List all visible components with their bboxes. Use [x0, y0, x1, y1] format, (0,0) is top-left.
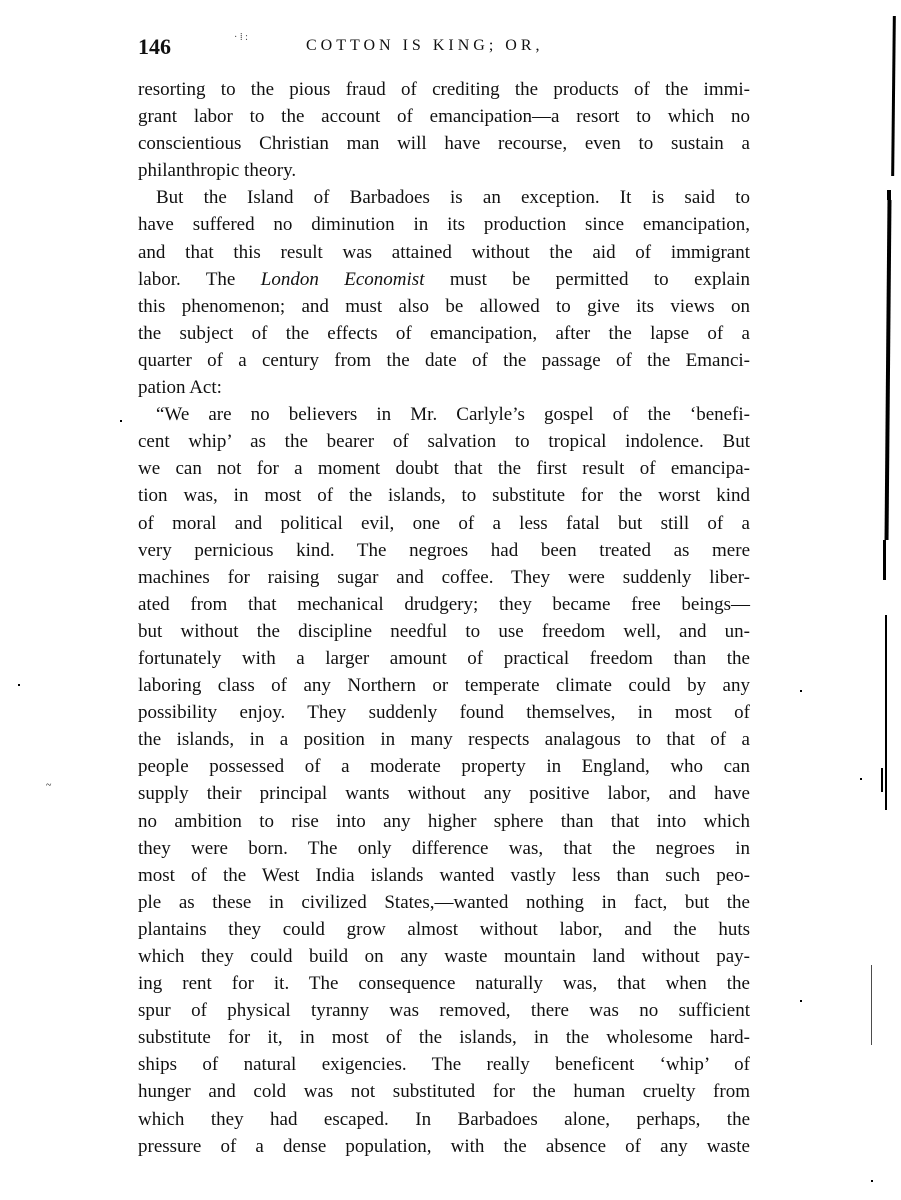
text-line: “We are no believers in Mr. Carlyle’s go… [138, 401, 750, 428]
text-run: must be permitted to explain [424, 269, 750, 290]
text-line: substitute for it, in most of the island… [138, 1024, 750, 1051]
text-line: grant labor to the account of emancipati… [138, 103, 750, 130]
text-line: they were born. The only difference was,… [138, 835, 750, 862]
binding-edge-mark [885, 615, 887, 810]
text-line: quarter of a century from the date of th… [138, 347, 750, 374]
text-line: the islands, in a position in many respe… [138, 726, 750, 753]
paragraph: resorting to the pious fraud of creditin… [138, 76, 750, 184]
print-specks: · ⁞ : [234, 32, 248, 43]
text-line: which they had escaped. In Barbadoes alo… [138, 1106, 750, 1133]
scan-speck [120, 420, 122, 422]
scan-speck: ~ [46, 780, 51, 791]
text-line: ated from that mechanical drudgery; they… [138, 591, 750, 618]
text-line: tion was, in most of the islands, to sub… [138, 482, 750, 509]
running-title: COTTON IS KING; OR, [306, 37, 543, 55]
text-line: the subject of the effects of emancipati… [138, 320, 750, 347]
text-line: laboring class of any Northern or temper… [138, 672, 750, 699]
text-line: spur of physical tyranny was removed, th… [138, 997, 750, 1024]
text-line: no ambition to rise into any higher sphe… [138, 808, 750, 835]
binding-edge-mark [883, 540, 886, 580]
text-line: resorting to the pious fraud of creditin… [138, 76, 750, 103]
text-line: and that this result was attained withou… [138, 239, 750, 266]
body-text: resorting to the pious fraud of creditin… [138, 76, 750, 1160]
page-number: 146 [138, 34, 171, 60]
scan-speck [800, 1000, 802, 1002]
text-line: possibility enjoy. They suddenly found t… [138, 699, 750, 726]
text-line: plantains they could grow almost without… [138, 916, 750, 943]
text-line: people possessed of a moderate property … [138, 753, 750, 780]
text-line: most of the West India islands wanted va… [138, 862, 750, 889]
binding-edge-mark [871, 965, 872, 1045]
binding-edge-mark [887, 190, 891, 200]
text-line: pressure of a dense population, with the… [138, 1133, 750, 1160]
text-line: of moral and political evil, one of a le… [138, 510, 750, 537]
text-line: philanthropic theory. [138, 157, 750, 184]
scan-speck [800, 690, 802, 692]
publication-title: London Economist [261, 269, 425, 290]
text-line: have suffered no diminution in its produ… [138, 211, 750, 238]
text-run: labor. The [138, 269, 261, 290]
text-line: pation Act: [138, 374, 750, 401]
text-line: ple as these in civilized States,—wanted… [138, 889, 750, 916]
text-line: this phenomenon; and must also be allowe… [138, 293, 750, 320]
text-line: very pernicious kind. The negroes had be… [138, 537, 750, 564]
binding-edge-mark [885, 200, 892, 540]
scan-speck [871, 1180, 873, 1182]
book-page: 146 · ⁞ : COTTON IS KING; OR, resorting … [138, 30, 750, 1160]
quoted-paragraph: “We are no believers in Mr. Carlyle’s go… [138, 401, 750, 1160]
paragraph: But the Island of Barbadoes is an except… [138, 184, 750, 401]
text-line: hunger and cold was not substituted for … [138, 1078, 750, 1105]
text-line: we can not for a moment doubt that the f… [138, 455, 750, 482]
text-line: ing rent for it. The consequence natural… [138, 970, 750, 997]
text-line: conscientious Christian man will have re… [138, 130, 750, 157]
text-line-with-italic: labor. The London Economist must be perm… [138, 266, 750, 293]
text-line: which they could build on any waste moun… [138, 943, 750, 970]
text-line: but without the discipline needful to us… [138, 618, 750, 645]
binding-edge-mark [881, 768, 883, 792]
running-head: 146 · ⁞ : COTTON IS KING; OR, [138, 30, 750, 70]
scan-speck [18, 684, 20, 686]
text-line: cent whip’ as the bearer of salvation to… [138, 428, 750, 455]
text-line: But the Island of Barbadoes is an except… [138, 184, 750, 211]
binding-edge-mark [891, 16, 896, 176]
text-line: supply their principal wants without any… [138, 780, 750, 807]
text-line: fortunately with a larger amount of prac… [138, 645, 750, 672]
text-line: ships of natural exigencies. The really … [138, 1051, 750, 1078]
scan-speck [860, 778, 862, 780]
text-line: machines for raising sugar and coffee. T… [138, 564, 750, 591]
